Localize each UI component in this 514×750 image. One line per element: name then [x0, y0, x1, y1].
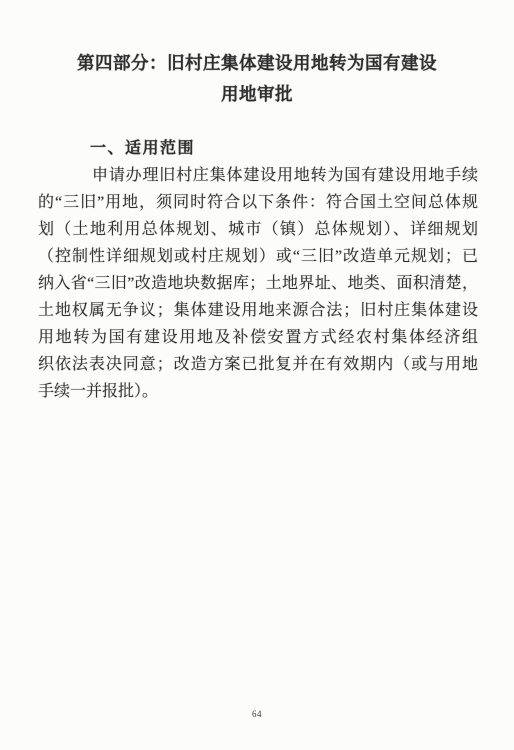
body-paragraph: 申请办理旧村庄集体建设用地转为国有建设用地手续 的“三旧”用地，须同时符合以下条… — [38, 162, 478, 405]
paragraph-line: 申请办理旧村庄集体建设用地转为国有建设用地手续 — [38, 162, 478, 189]
paragraph-line: 土地权属无争议；集体建设用地来源合法；旧村庄集体建设 — [38, 297, 478, 324]
page-title-line2: 用地审批 — [0, 79, 514, 110]
section-heading: 一、适用范围 — [90, 135, 195, 162]
paragraph-line: 手续一并报批）。 — [38, 378, 478, 405]
page-title: 第四部分：旧村庄集体建设用地转为国有建设 用地审批 — [0, 48, 514, 110]
document-page: 第四部分：旧村庄集体建设用地转为国有建设 用地审批 一、适用范围 申请办理旧村庄… — [0, 0, 514, 750]
paragraph-line: 划（土地利用总体规划、城市（镇）总体规划）、详细规划 — [38, 216, 478, 243]
paragraph-line: 用地转为国有建设用地及补偿安置方式经农村集体经济组 — [38, 324, 478, 351]
paragraph-line: 织依法表决同意；改造方案已批复并在有效期内（或与用地 — [38, 351, 478, 378]
page-title-line1: 第四部分：旧村庄集体建设用地转为国有建设 — [0, 48, 514, 79]
paragraph-line: （控制性详细规划或村庄规划）或“三旧”改造单元规划；已 — [38, 243, 478, 270]
paragraph-line: 的“三旧”用地，须同时符合以下条件：符合国土空间总体规 — [38, 189, 478, 216]
page-number: 64 — [0, 709, 514, 719]
paragraph-line: 纳入省“三旧”改造地块数据库；土地界址、地类、面积清楚， — [38, 270, 478, 297]
